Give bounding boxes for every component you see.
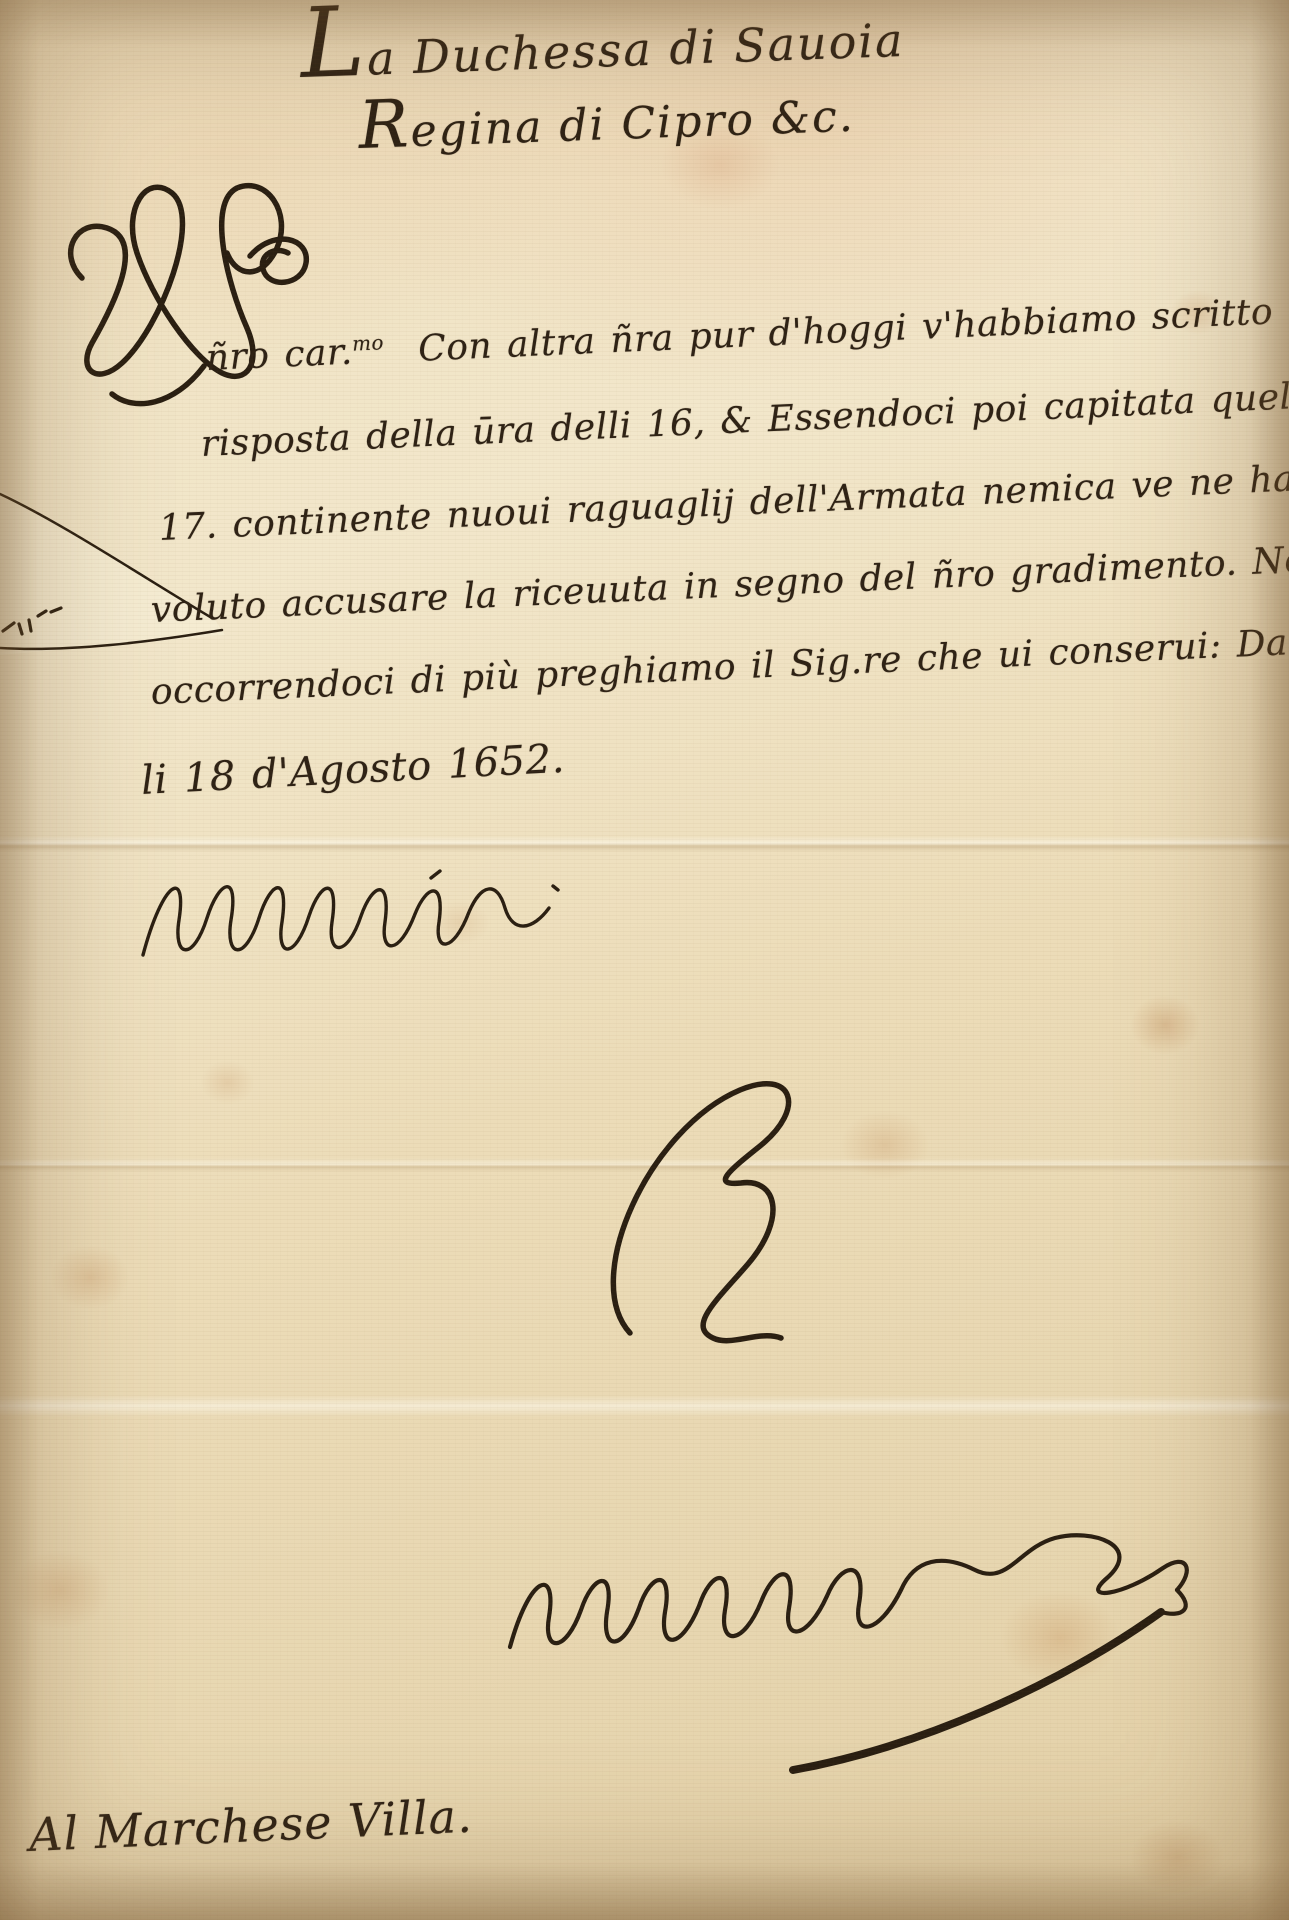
countersignature-scrawl [495, 1512, 1215, 1787]
paper-fold-flap [0, 470, 230, 680]
letterhead-subtitle: Regina di Cipro &c. [358, 91, 855, 159]
fold-crease [0, 1158, 1289, 1172]
salutation-superscript: mo [352, 331, 385, 355]
stain [1130, 1820, 1225, 1895]
paper-vignette [0, 0, 1289, 1920]
paper-edge-shade [0, 0, 1289, 1920]
salutation-gap [385, 361, 419, 362]
salutation: ñro car. [205, 332, 353, 379]
paraph-flourish [545, 1068, 885, 1373]
manuscript-letter-page: La Duchessa di Sauoia Regina di Cipro &c… [0, 0, 1289, 1920]
stain [1000, 1590, 1120, 1685]
stain [50, 1245, 130, 1310]
fold-crease [0, 1395, 1289, 1417]
signature-chrestienne [135, 850, 575, 970]
stain [1130, 995, 1200, 1055]
address-line: Al Marchese Villa. [28, 1789, 474, 1862]
letterhead-title: La Duchessa di Sauoia [300, 13, 905, 88]
stain [430, 900, 490, 945]
body-line: Con altra ñra pur d'hoggi v'habbiamo scr… [417, 289, 1289, 369]
stain [200, 1060, 255, 1105]
stain [10, 1550, 110, 1630]
fold-crease [0, 836, 1289, 852]
body-line: occorrendoci di più preghiamo il Sig.re … [150, 616, 1289, 712]
body-line: 17. continente nuoui raguaglij dell'Arma… [158, 452, 1289, 549]
ink-bleedthrough-marks [0, 585, 80, 645]
salutation-and-first-line: ñro car.moCon altra ñra pur d'hoggi v'ha… [205, 289, 1289, 379]
paper-texture [0, 0, 1289, 1920]
body-line: risposta della ūra delli 16, & Essendoci… [200, 371, 1289, 465]
body-line: voluto accusare la riceuuta in segno del… [150, 535, 1289, 631]
date-line: li 18 d'Agosto 1652. [140, 736, 566, 804]
stain [840, 1110, 930, 1180]
